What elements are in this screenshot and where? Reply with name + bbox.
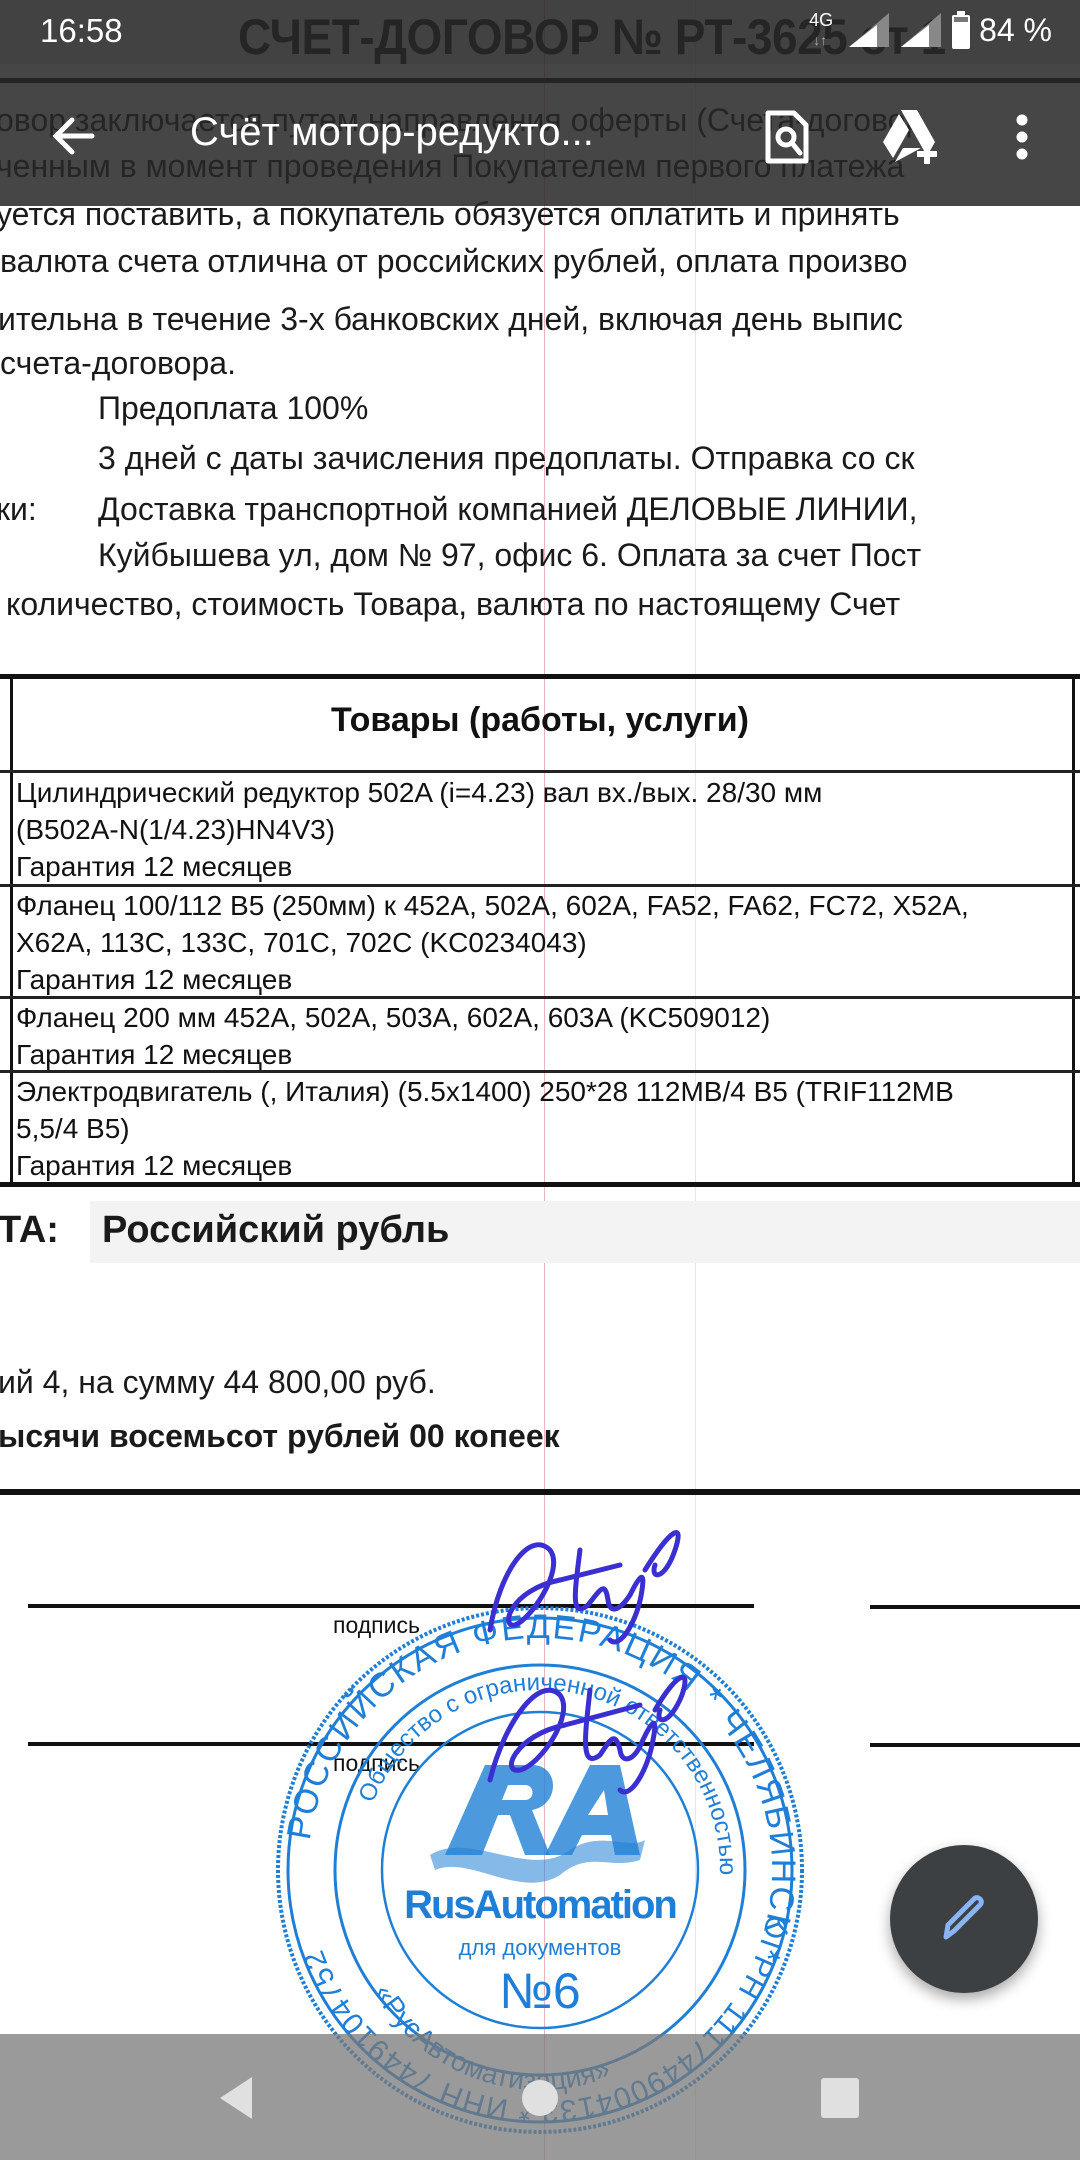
pencil-edit-icon [934, 1889, 994, 1949]
cell-signal-icon [899, 11, 943, 49]
payment-label: : [0, 390, 3, 427]
back-triangle-icon [216, 2075, 256, 2121]
edit-fab[interactable] [890, 1845, 1038, 1993]
system-nav-bar [0, 2034, 1080, 2160]
handwritten-signature [470, 1510, 690, 1650]
section-rule [0, 1489, 1080, 1495]
app-bar: Счёт мотор-редукто... [0, 64, 1080, 206]
payment-value: Предоплата 100% [98, 390, 368, 427]
back-button[interactable] [40, 108, 108, 164]
currency-value: Российский рубль [102, 1209, 449, 1252]
delivery-label: ки: [0, 491, 37, 528]
nav-back-button[interactable] [200, 2062, 272, 2134]
home-circle-icon [520, 2078, 560, 2118]
term-value: 3 дней с даты зачисления предоплаты. Отп… [98, 440, 914, 477]
cell-signal-icon [847, 11, 891, 49]
handwritten-signature [470, 1650, 700, 1810]
total-in-words: ысячи восемьсот рублей 00 копеек [0, 1418, 560, 1455]
status-time: 16:58 [40, 12, 123, 50]
document-name: Счёт мотор-редукто... [190, 110, 594, 155]
table-header: Товары (работы, услуги) [14, 701, 1066, 740]
battery-icon [951, 10, 971, 50]
intro-line: ительна в течение 3-х банковских дней, в… [0, 301, 903, 338]
find-in-document-button[interactable] [756, 104, 818, 170]
svg-text:RusAutomation: RusAutomation [404, 1883, 676, 1927]
signature-line [870, 1743, 1080, 1747]
svg-text:№6: №6 [499, 1963, 580, 2019]
total-amount: ий 4, на сумму 44 800,00 руб. [0, 1364, 436, 1401]
more-vert-icon [1015, 113, 1029, 161]
document-page[interactable]: СЧЕТ-ДОГОВОР № РТ-3625 от 1 овор заключа… [0, 0, 1080, 2160]
intro-line: счета-договора. [0, 345, 236, 382]
delivery-value-cont: Куйбышева ул, дом № 97, офис 6. Оплата з… [98, 537, 921, 574]
doc-search-icon [764, 109, 810, 165]
signature-line [870, 1605, 1080, 1609]
nav-recents-button[interactable] [804, 2062, 876, 2134]
intro-line: валюта счета отлична от российских рубле… [0, 243, 907, 280]
currency-label: ТА: [0, 1209, 59, 1252]
network-4g-icon: 4G ↓↑ [809, 10, 839, 50]
delivery-value: Доставка транспортной компанией ДЕЛОВЫЕ … [98, 491, 918, 528]
add-to-drive-button[interactable] [876, 102, 946, 170]
drive-add-icon [881, 106, 941, 166]
status-bar: 16:58 4G ↓↑ 84 % [0, 0, 1080, 64]
recents-square-icon [820, 2077, 860, 2119]
svg-text:для документов: для документов [459, 1935, 622, 1960]
more-options-button[interactable] [1002, 104, 1042, 170]
nav-home-button[interactable] [504, 2062, 576, 2134]
battery-percent: 84 % [979, 12, 1052, 49]
arrow-left-icon [50, 112, 98, 160]
terms-note: количество, стоимость Товара, валюта по … [6, 586, 900, 623]
